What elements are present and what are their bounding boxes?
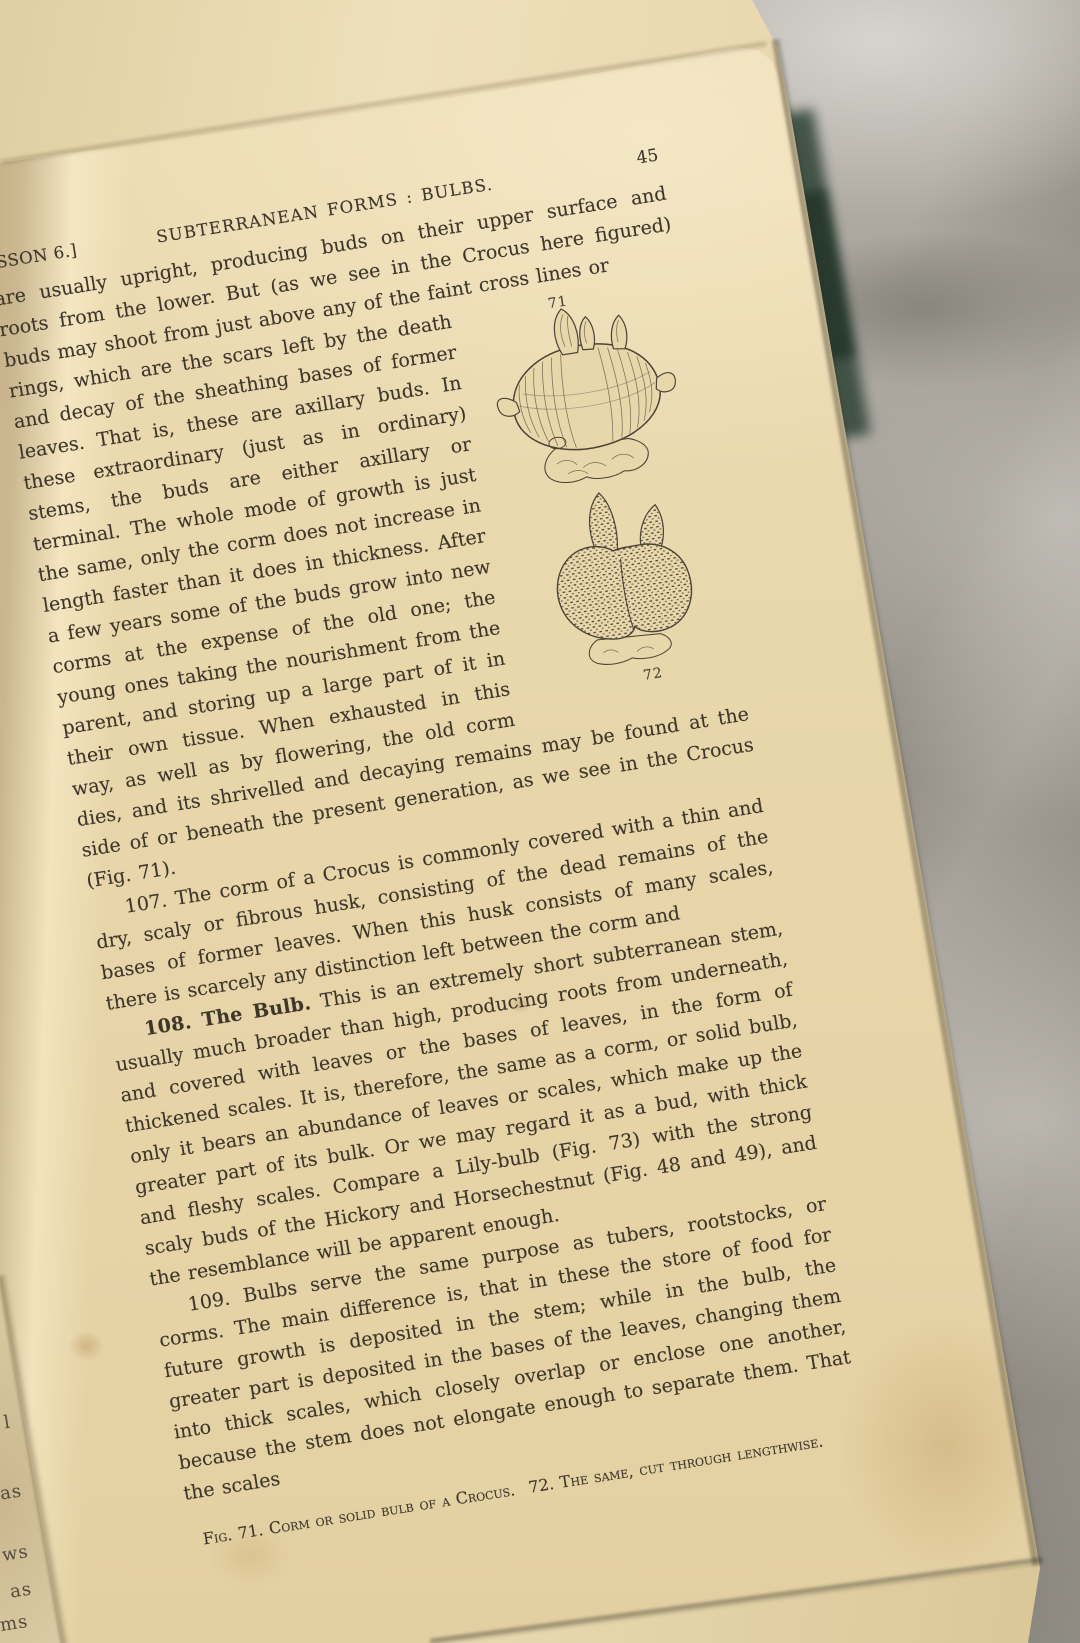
gutter-text-fragment: l bbox=[2, 1412, 12, 1434]
book-page: ESSON 6.] SUBTERRANEAN FORMS : BULBS. 45… bbox=[0, 0, 1080, 1643]
page-content: ESSON 6.] SUBTERRANEAN FORMS : BULBS. 45… bbox=[0, 102, 864, 1552]
gutter-text-fragment: as bbox=[8, 1578, 33, 1602]
gutter-text-fragment: ws bbox=[1, 1541, 31, 1566]
photo-of-book-page: { "book_page": { "page_number": "45", "r… bbox=[0, 0, 1080, 1643]
figure-72-label: 72 bbox=[641, 658, 665, 692]
figure-71-corm-illustration bbox=[473, 286, 699, 497]
page-number: 45 bbox=[635, 145, 660, 168]
gutter-text-fragment: ms bbox=[0, 1611, 30, 1636]
text-figure-wrap: 71 bbox=[7, 271, 761, 898]
gutter-text-fragment: as bbox=[0, 1480, 23, 1504]
figure-72-corm-section-illustration bbox=[522, 470, 716, 676]
body-text: are usually upright, producing buds on t… bbox=[0, 179, 864, 1552]
